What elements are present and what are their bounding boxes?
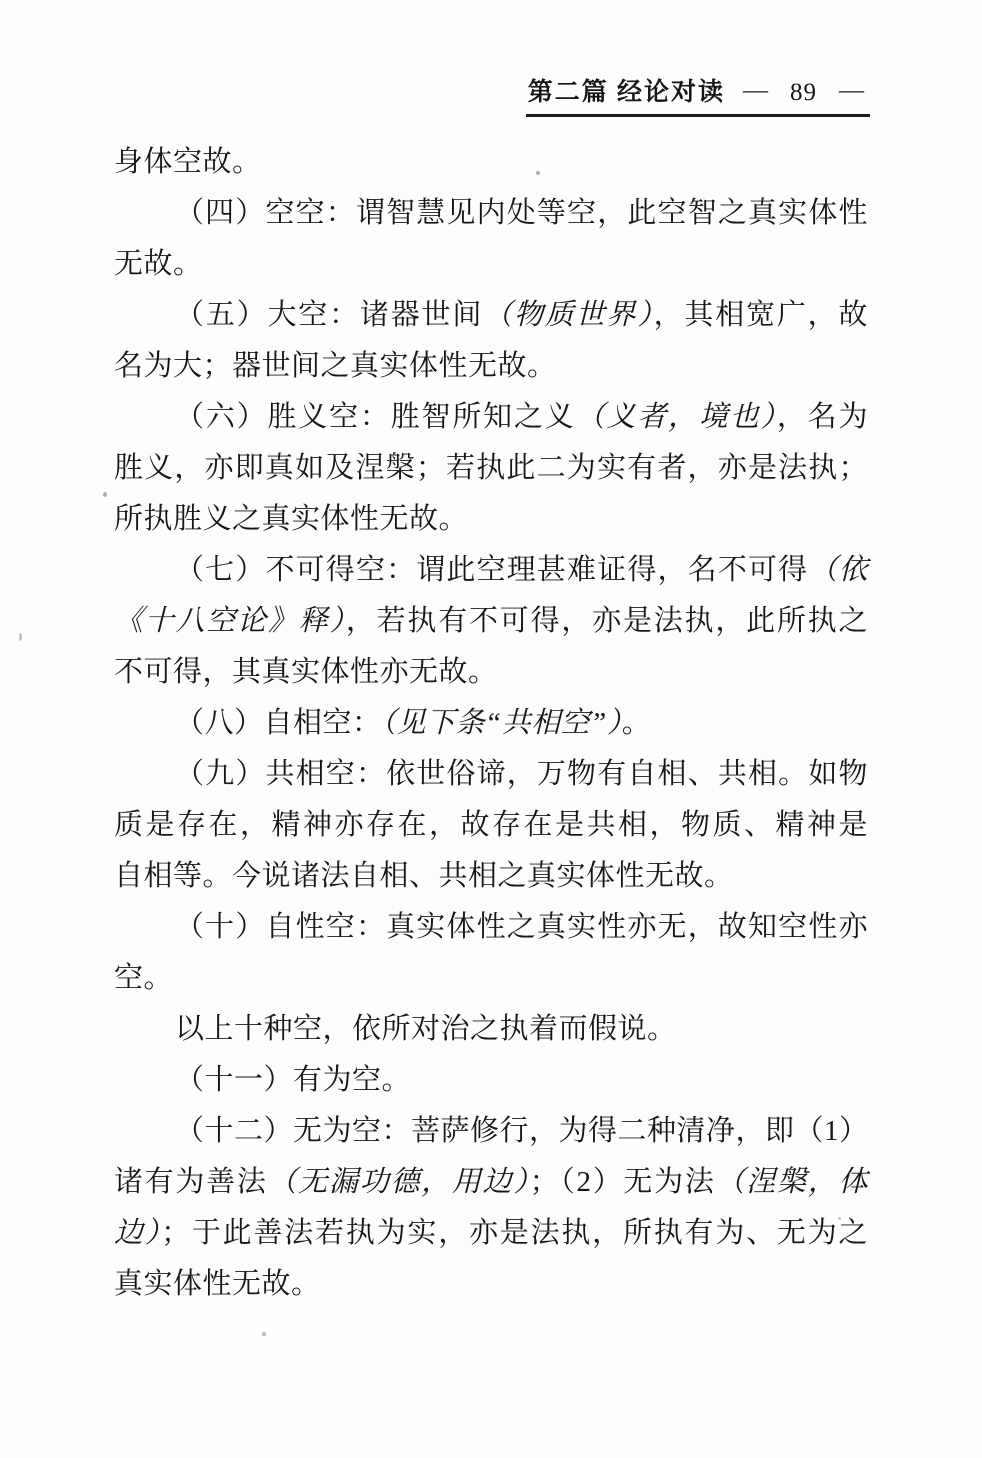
text-line: 《十八空论》释），若执有不可得，亦是法执，此所执之: [114, 596, 868, 647]
kai-annotation-text: 边）: [114, 1217, 161, 1249]
body-text-run: 以上十种空，依所对治之执着而假说。: [175, 1013, 677, 1045]
body-text-run: 无故。: [114, 248, 203, 280]
scan-speck: [19, 633, 22, 641]
header-dash-right: —: [839, 76, 864, 106]
body-text-run: （九）共相空：依世俗谛，万物有自相、共相。如物: [175, 758, 868, 790]
scan-speck: [838, 1217, 841, 1220]
text-line: （十二）无为空：菩萨修行，为得二种清净，即（1）: [114, 1106, 868, 1157]
body-text-run: 。: [622, 707, 652, 739]
body-text-run: ，其相宽广，故: [654, 299, 868, 331]
body-text-run: 名为大；器世间之真实体性无故。: [114, 350, 557, 382]
text-line: （五）大空：诸器世间（物质世界），其相宽广，故: [114, 290, 868, 341]
body-text-run: （八）自相空：: [175, 707, 382, 739]
text-line: （十）自性空：真实体性之真实性亦无，故知空性亦: [114, 902, 868, 953]
kai-annotation-text: 《十八空论》释）: [114, 605, 346, 637]
text-line: 不可得，其真实体性亦无故。: [114, 647, 868, 698]
page-number: 89: [790, 78, 817, 108]
body-text-run: ，名为: [777, 401, 868, 433]
body-text-run: （十二）无为空：菩萨修行，为得二种清净，即（1）: [175, 1115, 869, 1147]
body-text-run: 自相等。今说诸法自相、共相之真实体性无故。: [114, 860, 734, 892]
text-block: 身体空故。（四）空空：谓智慧见内处等空，此空智之真实体性无故。（五）大空：诸器世…: [114, 137, 868, 1310]
text-line: （七）不可得空：谓此空理甚难证得，名不可得（依: [114, 545, 868, 596]
text-line: （六）胜义空：胜智所知之义（义者，境也），名为: [114, 392, 868, 443]
section-title: 第二篇 经论对读: [528, 79, 725, 106]
text-line: （十一）有为空。: [114, 1055, 868, 1106]
text-line: 名为大；器世间之真实体性无故。: [114, 341, 868, 392]
body-text-run: （四）空空：谓智慧见内处等空，此空智之真实体性: [175, 197, 868, 229]
text-line: 以上十种空，依所对治之执着而假说。: [114, 1004, 868, 1055]
body-text-run: 身体空故。: [114, 146, 262, 178]
body-text-run: （十）自性空：真实体性之真实性亦无，故知空性亦: [175, 911, 868, 943]
text-line: 自相等。今说诸法自相、共相之真实体性无故。: [114, 851, 868, 902]
text-line: 无故。: [114, 239, 868, 290]
text-line: 质是存在，精神亦存在，故存在是共相，物质、精神是: [114, 800, 868, 851]
kai-annotation-text: （依: [808, 554, 868, 586]
running-header: 第二篇 经论对读—89—: [526, 78, 870, 117]
body-text-run: 质是存在，精神亦存在，故存在是共相，物质、精神是: [114, 809, 868, 841]
body-text-run: 真实体性无故。: [114, 1268, 321, 1300]
scanned-book-page: 第二篇 经论对读—89— 身体空故。（四）空空：谓智慧见内处等空，此空智之真实体…: [0, 0, 982, 1458]
kai-annotation-text: （义者，境也）: [576, 401, 777, 433]
scan-speck: [262, 1332, 266, 1336]
kai-annotation-text: （无漏功德，用边）: [268, 1166, 530, 1198]
body-text-run: ，若执有不可得，亦是法执，此所执之: [346, 605, 868, 637]
body-text-run: 空。: [114, 962, 173, 994]
text-line: 胜义，亦即真如及涅槃；若执此二为实有者，亦是法执；: [114, 443, 868, 494]
kai-annotation-text: （涅槃，体: [716, 1166, 868, 1198]
body-text-run: 诸有为善法: [114, 1166, 268, 1198]
scan-speck: [536, 171, 540, 175]
body-text-run: 所执胜义之真实体性无故。: [114, 503, 468, 535]
body-text-run: 不可得，其真实体性亦无故。: [114, 656, 498, 688]
text-line: 所执胜义之真实体性无故。: [114, 494, 868, 545]
text-line: （九）共相空：依世俗谛，万物有自相、共相。如物: [114, 749, 868, 800]
kai-annotation-text: （见下条“共相空”）: [382, 707, 622, 739]
text-line: 诸有为善法（无漏功德，用边）；（2）无为法（涅槃，体: [114, 1157, 868, 1208]
text-line: 真实体性无故。: [114, 1259, 868, 1310]
body-text-run: ；于此善法若执为实，亦是法执，所执有为、无为之: [161, 1217, 868, 1249]
header-dash-left: —: [743, 76, 768, 106]
body-text-run: （十一）有为空。: [175, 1064, 411, 1096]
text-line: （四）空空：谓智慧见内处等空，此空智之真实体性: [114, 188, 868, 239]
body-text-run: （五）大空：诸器世间: [175, 299, 483, 331]
scan-speck: [103, 492, 107, 497]
text-line: 身体空故。: [114, 137, 868, 188]
body-text-run: （七）不可得空：谓此空理甚难证得，名不可得: [175, 554, 808, 586]
kai-annotation-text: （物质世界）: [483, 299, 653, 331]
text-line: 空。: [114, 953, 868, 1004]
body-text-run: （六）胜义空：胜智所知之义: [175, 401, 576, 433]
body-text-run: 胜义，亦即真如及涅槃；若执此二为实有者，亦是法执；: [114, 452, 868, 484]
text-line: 边）；于此善法若执为实，亦是法执，所执有为、无为之: [114, 1208, 868, 1259]
text-line: （八）自相空：（见下条“共相空”）。: [114, 698, 868, 749]
body-text-run: ；（2）无为法: [530, 1166, 716, 1198]
